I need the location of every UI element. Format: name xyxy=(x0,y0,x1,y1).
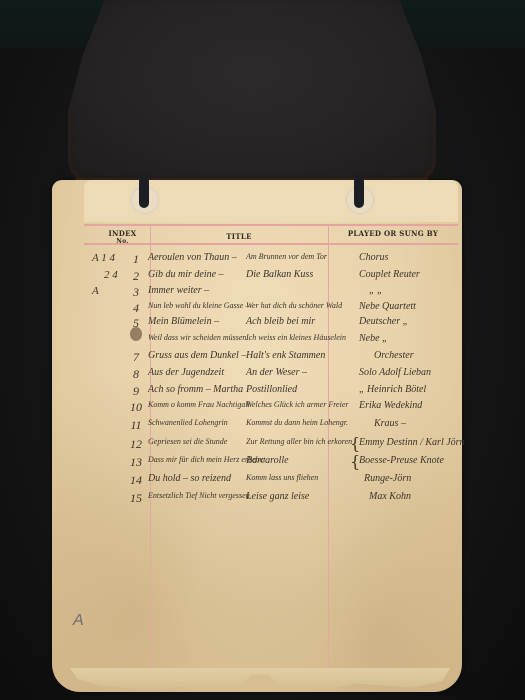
title-secondary: Die Balkan Kuss xyxy=(246,269,313,280)
title-primary: Nun leb wohl du kleine Gasse – xyxy=(148,301,249,310)
binding-string-left-icon xyxy=(139,176,149,208)
performer: Max Kohn xyxy=(369,491,411,502)
performer: Nebe Quartett xyxy=(359,301,416,312)
index-number: 15 xyxy=(128,491,144,506)
index-number: 8 xyxy=(128,367,144,382)
index-number: 6 xyxy=(128,333,144,348)
performer: Boesse-Preuse Knote xyxy=(359,455,444,466)
performer: Chorus xyxy=(359,252,388,263)
index-number: 3 xyxy=(128,285,144,300)
index-number: 13 xyxy=(128,455,144,470)
table-row: A 1 4 1 Aeroulen von Thaun – Am Brunnen … xyxy=(84,252,458,270)
index-prefix: 2 4 xyxy=(104,269,118,281)
binding-string-right-icon xyxy=(354,176,364,208)
performer: Kraus – xyxy=(374,418,406,429)
table-row: 10 Komm o komm Frau Nachtigall Welches G… xyxy=(84,400,458,418)
title-primary: Weil dass wir scheiden müssen xyxy=(148,333,246,342)
table-row: 14 Du hold – so reizend Komm lass uns fl… xyxy=(84,473,458,491)
title-primary: Gepriesen sei die Stunde xyxy=(148,437,227,446)
table-row: 13 Dass mir für dich mein Herz erbebet B… xyxy=(84,455,458,473)
title-secondary: Kommst du dann heim Lohengr. xyxy=(246,418,348,427)
performer: Emmy Destinn / Karl Jörn xyxy=(359,437,465,448)
title-primary: Gruss aus dem Dunkel – xyxy=(148,350,246,361)
title-primary: Entsetzlich Tief Nicht vergessen xyxy=(148,491,250,500)
title-primary: Aus der Jugendzeit xyxy=(148,367,224,378)
title-secondary: Zur Rettung aller bin ich erkoren xyxy=(246,437,352,446)
title-secondary: Wer hat dich du schöner Wald xyxy=(246,301,342,310)
title-primary: Aeroulen von Thaun – xyxy=(148,252,237,263)
book-back-cover xyxy=(68,0,436,185)
index-prefix: A xyxy=(92,285,99,297)
performer: Erika Wedekind xyxy=(359,400,422,411)
pencil-corner-mark: A xyxy=(73,612,84,630)
title-primary: Ach so fromm – Martha xyxy=(148,384,243,395)
index-number: 14 xyxy=(128,473,144,488)
header-index: INDEX No. xyxy=(95,229,150,245)
table-row: 15 Entsetzlich Tief Nicht vergessen Leis… xyxy=(84,491,458,509)
performer: „ „ xyxy=(369,285,383,296)
header-performer: PLAYED OR SUNG BY xyxy=(328,229,458,238)
title-primary: Immer weiter – xyxy=(148,285,209,296)
performer: Orchester xyxy=(374,350,414,361)
title-secondary: Postillonlied xyxy=(246,384,297,395)
index-number: 9 xyxy=(128,384,144,399)
performer: „ Heinrich Bötel xyxy=(359,384,426,395)
title-secondary: Leise ganz leise xyxy=(246,491,309,502)
index-number: 10 xyxy=(128,400,144,415)
title-primary: Schwanenlied Lohengrin xyxy=(148,418,228,427)
title-primary: Gib du mir deine – xyxy=(148,269,224,280)
performer: Couplet Reuter xyxy=(359,269,420,280)
title-secondary: An der Weser – xyxy=(246,367,307,378)
table-row: 6 Weil dass wir scheiden müssen Ich weis… xyxy=(84,333,458,351)
title-primary: Komm o komm Frau Nachtigall xyxy=(148,400,250,409)
title-secondary: Welches Glück ich armer Freier xyxy=(246,400,349,409)
index-number: 2 xyxy=(128,269,144,284)
index-number: 4 xyxy=(128,301,144,316)
table-row: 7 Gruss aus dem Dunkel – Halt's enk Stam… xyxy=(84,350,458,368)
performer: Solo Adolf Lieban xyxy=(359,367,431,378)
table-row: 11 Schwanenlied Lohengrin Kommst du dann… xyxy=(84,418,458,436)
index-number: 1 xyxy=(128,252,144,267)
title-secondary: Ach bleib bei mir xyxy=(246,316,315,327)
header-index-label: INDEX xyxy=(95,229,150,238)
index-number: 11 xyxy=(128,418,144,433)
title-secondary: Halt's enk Stammen xyxy=(246,350,325,361)
header-index-sub: No. xyxy=(95,238,150,245)
title-primary: Mein Blümelein – xyxy=(148,316,219,327)
title-primary: Du hold – so reizend xyxy=(148,473,231,484)
index-prefix: A 1 4 xyxy=(92,252,115,264)
performer: Nebe „ xyxy=(359,333,388,344)
table-row: 8 Aus der Jugendzeit An der Weser – Solo… xyxy=(84,367,458,385)
header-title: TITLE xyxy=(150,232,328,241)
performer: Deutscher „ xyxy=(359,316,408,327)
index-number: 12 xyxy=(128,437,144,452)
title-secondary: Barcarolle xyxy=(246,455,289,466)
index-number: 7 xyxy=(128,350,144,365)
table-row: 12 Gepriesen sei die Stunde Zur Rettung … xyxy=(84,437,458,455)
title-secondary: Am Brunnen vor dem Tor xyxy=(246,252,327,261)
performer: Runge-Jörn xyxy=(364,473,411,484)
title-secondary: Komm lass uns fliehen xyxy=(246,473,318,482)
header-rule-top xyxy=(84,224,458,226)
title-secondary: Ich weiss ein kleines Häuselein xyxy=(246,333,346,342)
